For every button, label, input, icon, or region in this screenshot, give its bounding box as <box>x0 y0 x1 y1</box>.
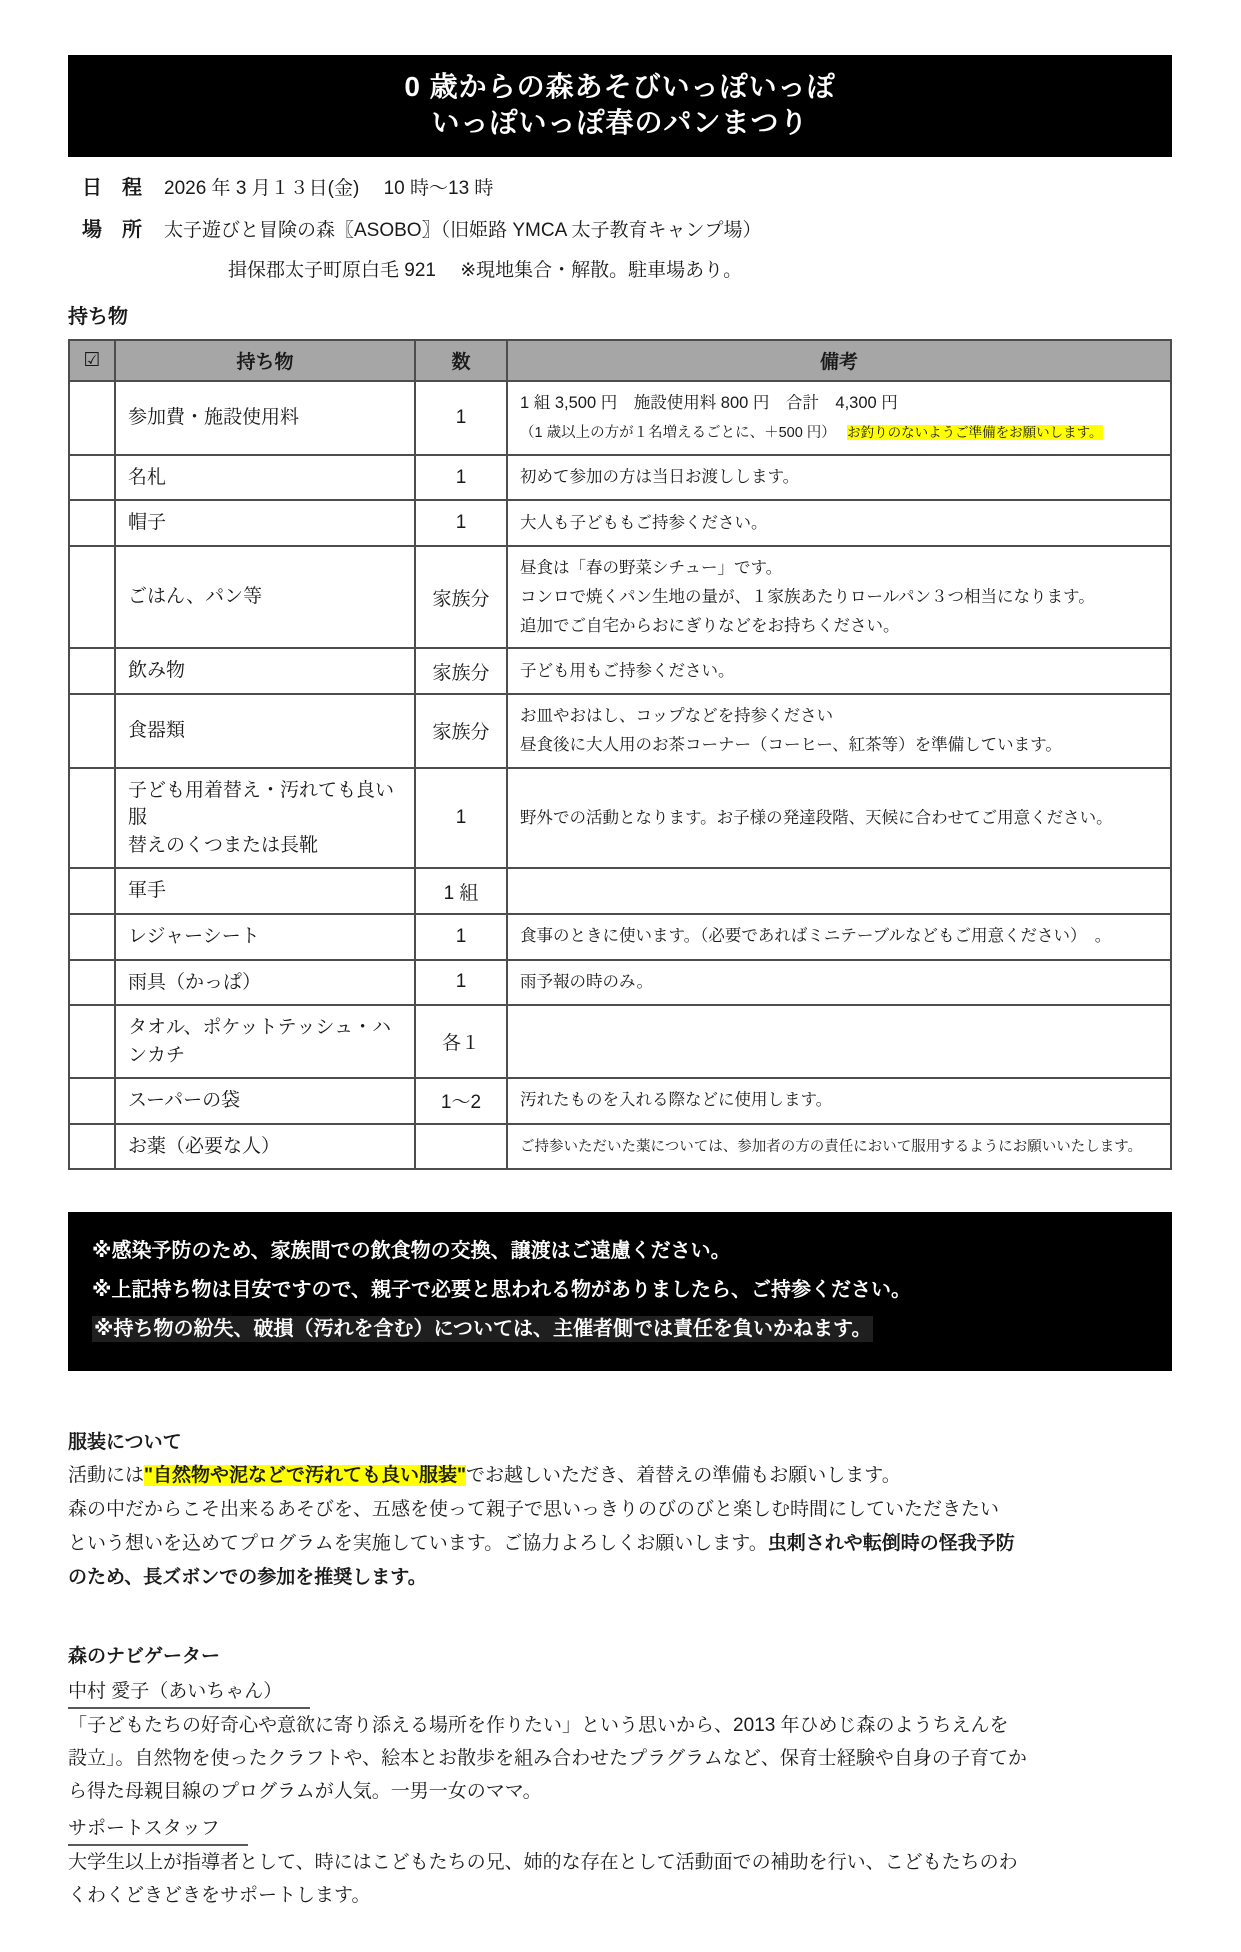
row-count: 1 <box>415 914 507 960</box>
note-line: 野外での活動となります。お子様の発達段階、天候に合わせてご用意ください。 <box>520 804 1162 833</box>
note-line: お皿やおはし、コップなどを持参ください <box>520 702 1162 731</box>
date-label: 日 程 <box>82 171 142 200</box>
row-note <box>507 868 1171 914</box>
navigator-name: 中村 愛子（あいちゃん） <box>68 1677 310 1709</box>
note-line: 汚れたものを入れる際などに使用します。 <box>520 1086 1162 1115</box>
row-count: 1 <box>415 960 507 1006</box>
row-item-name: 食器類 <box>115 694 415 768</box>
highlighted-text: "自然物や泥などで汚れても良い服装" <box>144 1465 466 1486</box>
note-line: 大人も子どももご持参ください。 <box>520 509 1162 538</box>
note-text: 食事のときに使います。（必要であればミニテーブルなどもご用意ください） 。 <box>520 927 1111 945</box>
row-note: お皿やおはし、コップなどを持参ください昼食後に大人用のお茶コーナー（コーヒー、紅… <box>507 694 1171 768</box>
flyer-page: 0 歳からの森あそびいっぽいっぽ いっぽいっぽ春のパンまつり 日 程 2026 … <box>0 0 1241 1952</box>
title-line-1: 0 歳からの森あそびいっぽいっぽ <box>78 69 1162 105</box>
row-item-name: ごはん、パン等 <box>115 546 415 649</box>
notice-line-emphasis: ※持ち物の紛失、破損（汚れを含む）については、主催者側では責任を負いかねます。 <box>92 1316 873 1342</box>
row-count: 1 組 <box>415 868 507 914</box>
note-text: ご持参いただいた薬については、参加者の方の責任において服用するようにお願いいたし… <box>520 1139 1142 1155</box>
note-text: 初めて参加の方は当日お渡しします。 <box>520 468 799 486</box>
notice-line: ※持ち物の紛失、破損（汚れを含む）については、主催者側では責任を負いかねます。 <box>92 1310 1148 1349</box>
count-column-header: 数 <box>415 340 507 381</box>
row-note: 昼食は「春の野菜シチュー」です。コンロで焼くパン生地の量が、１家族あたりロールパ… <box>507 546 1171 649</box>
table-row: 参加費・施設使用料11 組 3,500 円 施設使用料 800 円 合計 4,3… <box>69 381 1171 455</box>
belongings-heading: 持ち物 <box>68 300 1172 329</box>
note-text: 雨予報の時のみ。 <box>520 973 653 991</box>
row-item-name: スーパーの袋 <box>115 1078 415 1124</box>
date-value: 2026 年 3 月１３日(金) 10 時～13 時 <box>164 173 493 200</box>
note-line: 子ども用もご持参ください。 <box>520 657 1162 686</box>
row-checkbox-cell <box>69 1124 115 1170</box>
note-line: 昼食後に大人用のお茶コーナー（コーヒー、紅茶等）を準備しています。 <box>520 731 1162 760</box>
table-row: 雨具（かっぱ）1雨予報の時のみ。 <box>69 960 1171 1006</box>
row-item-name: 飲み物 <box>115 648 415 694</box>
notice-box: ※感染予防のため、家族間での飲食物の交換、譲渡はご遠慮ください。 ※上記持ち物は… <box>68 1212 1172 1371</box>
place-row: 場 所 太子遊びと冒険の森〖ASOBO〗（旧姫路 YMCA 太子教育キャンプ場） <box>82 213 1172 242</box>
belongings-header-row: ☑ 持ち物 数 備考 <box>69 340 1171 381</box>
row-checkbox-cell <box>69 546 115 649</box>
clothing-section: 服装について 活動には"自然物や泥などで汚れても良い服装"でお越しいただき、着替… <box>68 1427 1172 1595</box>
row-note: 1 組 3,500 円 施設使用料 800 円 合計 4,300 円（1 歳以上… <box>507 381 1171 455</box>
row-checkbox-cell <box>69 381 115 455</box>
checkbox-column-header: ☑ <box>69 340 115 381</box>
note-text: 1 組 3,500 円 施設使用料 800 円 合計 4,300 円 <box>520 394 898 412</box>
text-run: 活動には <box>68 1465 144 1486</box>
row-checkbox-cell <box>69 648 115 694</box>
table-row: ごはん、パン等家族分昼食は「春の野菜シチュー」です。コンロで焼くパン生地の量が、… <box>69 546 1171 649</box>
row-item-name: レジャーシート <box>115 914 415 960</box>
title-banner: 0 歳からの森あそびいっぽいっぽ いっぽいっぽ春のパンまつり <box>68 55 1172 157</box>
note-text: 野外での活動となります。お子様の発達段階、天候に合わせてご用意ください。 <box>520 809 1113 827</box>
row-note: 雨予報の時のみ。 <box>507 960 1171 1006</box>
note-line: 初めて参加の方は当日お渡しします。 <box>520 463 1162 492</box>
note-column-header: 備考 <box>507 340 1171 381</box>
note-line: 食事のときに使います。（必要であればミニテーブルなどもご用意ください） 。 <box>520 922 1162 951</box>
note-text: お皿やおはし、コップなどを持参ください <box>520 707 833 725</box>
belongings-table-body: 参加費・施設使用料11 組 3,500 円 施設使用料 800 円 合計 4,3… <box>69 381 1171 1169</box>
navigator-section: 森のナビゲーター 中村 愛子（あいちゃん） 「子どもたちの好奇心や意欲に寄り添え… <box>68 1641 1172 1912</box>
note-text: 汚れたものを入れる際などに使用します。 <box>520 1091 832 1109</box>
row-item-name: タオル、ポケットテッシュ・ハンカチ <box>115 1005 415 1078</box>
row-checkbox-cell <box>69 914 115 960</box>
table-row: お薬（必要な人）ご持参いただいた薬については、参加者の方の責任において服用するよ… <box>69 1124 1171 1170</box>
row-note: 食事のときに使います。（必要であればミニテーブルなどもご用意ください） 。 <box>507 914 1171 960</box>
note-line: コンロで焼くパン生地の量が、１家族あたりロールパン３つ相当になります。 <box>520 583 1162 612</box>
row-count: 1 <box>415 768 507 869</box>
event-info: 日 程 2026 年 3 月１３日(金) 10 時～13 時 場 所 太子遊びと… <box>82 171 1172 282</box>
row-count: 家族分 <box>415 546 507 649</box>
row-checkbox-cell <box>69 1005 115 1078</box>
item-column-header: 持ち物 <box>115 340 415 381</box>
table-row: 飲み物家族分子ども用もご持参ください。 <box>69 648 1171 694</box>
note-text: 昼食は「春の野菜シチュー」です。 <box>520 559 782 577</box>
row-count: 1～2 <box>415 1078 507 1124</box>
table-row: タオル、ポケットテッシュ・ハンカチ各１ <box>69 1005 1171 1078</box>
row-count: 家族分 <box>415 648 507 694</box>
note-text: 追加でご自宅からおにぎりなどをお持ちください。 <box>520 617 900 635</box>
place-value: 太子遊びと冒険の森〖ASOBO〗（旧姫路 YMCA 太子教育キャンプ場） <box>164 215 761 242</box>
table-row: 軍手1 組 <box>69 868 1171 914</box>
row-item-name: 子ども用着替え・汚れても良い服 替えのくつまたは長靴 <box>115 768 415 869</box>
note-line: （1 歳以上の方が１名増えるごとに、＋500 円） お釣りのないようご準備をお願… <box>520 418 1162 447</box>
row-item-name: 名札 <box>115 455 415 501</box>
place-label: 場 所 <box>82 213 142 242</box>
row-count: 各１ <box>415 1005 507 1078</box>
navigator-bio: 「子どもたちの好奇心や意欲に寄り添える場所を作りたい」という思いから、2013 … <box>68 1709 1178 1808</box>
table-row: 名札1初めて参加の方は当日お渡しします。 <box>69 455 1171 501</box>
table-row: 子ども用着替え・汚れても良い服 替えのくつまたは長靴1野外での活動となります。お… <box>69 768 1171 869</box>
note-text: （1 歳以上の方が１名増えるごとに、＋500 円） <box>520 425 847 441</box>
title-line-2: いっぽいっぽ春のパンまつり <box>78 105 1162 141</box>
navigator-heading: 森のナビゲーター <box>68 1641 1172 1673</box>
note-text: 大人も子どももご持参ください。 <box>520 514 768 532</box>
row-count: 1 <box>415 455 507 501</box>
table-row: 食器類家族分お皿やおはし、コップなどを持参ください昼食後に大人用のお茶コーナー（… <box>69 694 1171 768</box>
checkbox-icon: ☑ <box>83 350 100 371</box>
highlighted-note-text: お釣りのないようご準備をお願いします。 <box>847 425 1102 440</box>
row-checkbox-cell <box>69 500 115 546</box>
table-row: 帽子1大人も子どももご持参ください。 <box>69 500 1171 546</box>
place-address: 揖保郡太子町原白毛 921 ※現地集合・解散。駐車場あり。 <box>228 255 1172 282</box>
row-count <box>415 1124 507 1170</box>
note-line: 雨予報の時のみ。 <box>520 968 1162 997</box>
clothing-paragraph: 活動には"自然物や泥などで汚れても良い服装"でお越しいただき、着替えの準備もお願… <box>68 1459 1172 1595</box>
row-checkbox-cell <box>69 868 115 914</box>
row-checkbox-cell <box>69 694 115 768</box>
row-item-name: 雨具（かっぱ） <box>115 960 415 1006</box>
row-item-name: 軍手 <box>115 868 415 914</box>
row-checkbox-cell <box>69 455 115 501</box>
row-item-name: 帽子 <box>115 500 415 546</box>
note-text: 昼食後に大人用のお茶コーナー（コーヒー、紅茶等）を準備しています。 <box>520 736 1062 754</box>
row-count: 1 <box>415 381 507 455</box>
notice-line: ※感染予防のため、家族間での飲食物の交換、譲渡はご遠慮ください。 <box>92 1232 1148 1271</box>
note-text: コンロで焼くパン生地の量が、１家族あたりロールパン３つ相当になります。 <box>520 588 1095 606</box>
row-count: 家族分 <box>415 694 507 768</box>
table-row: レジャーシート1食事のときに使います。（必要であればミニテーブルなどもご用意くだ… <box>69 914 1171 960</box>
row-note: 子ども用もご持参ください。 <box>507 648 1171 694</box>
table-row: スーパーの袋1～2汚れたものを入れる際などに使用します。 <box>69 1078 1171 1124</box>
support-staff-text: 大学生以上が指導者として、時にはこどもたちの兄、姉的な存在として活動面での補助を… <box>68 1846 1178 1912</box>
row-note: 初めて参加の方は当日お渡しします。 <box>507 455 1171 501</box>
row-note: 野外での活動となります。お子様の発達段階、天候に合わせてご用意ください。 <box>507 768 1171 869</box>
note-line: ご持参いただいた薬については、参加者の方の責任において服用するようにお願いいたし… <box>520 1132 1162 1161</box>
row-checkbox-cell <box>69 1078 115 1124</box>
note-text: 子ども用もご持参ください。 <box>520 662 735 680</box>
row-note: ご持参いただいた薬については、参加者の方の責任において服用するようにお願いいたし… <box>507 1124 1171 1170</box>
row-note: 汚れたものを入れる際などに使用します。 <box>507 1078 1171 1124</box>
row-checkbox-cell <box>69 768 115 869</box>
row-note <box>507 1005 1171 1078</box>
date-row: 日 程 2026 年 3 月１３日(金) 10 時～13 時 <box>82 171 1172 200</box>
row-item-name: 参加費・施設使用料 <box>115 381 415 455</box>
row-checkbox-cell <box>69 960 115 1006</box>
row-count: 1 <box>415 500 507 546</box>
row-item-name: お薬（必要な人） <box>115 1124 415 1170</box>
note-line: 追加でご自宅からおにぎりなどをお持ちください。 <box>520 612 1162 641</box>
note-line: 昼食は「春の野菜シチュー」です。 <box>520 554 1162 583</box>
clothing-heading: 服装について <box>68 1427 1172 1459</box>
note-line: 1 組 3,500 円 施設使用料 800 円 合計 4,300 円 <box>520 389 1162 418</box>
belongings-table: ☑ 持ち物 数 備考 参加費・施設使用料11 組 3,500 円 施設使用料 8… <box>68 339 1172 1170</box>
notice-line: ※上記持ち物は目安ですので、親子で必要と思われる物がありましたら、ご持参ください… <box>92 1271 1148 1310</box>
row-note: 大人も子どももご持参ください。 <box>507 500 1171 546</box>
support-staff-heading: サポートスタッフ <box>68 1814 248 1846</box>
